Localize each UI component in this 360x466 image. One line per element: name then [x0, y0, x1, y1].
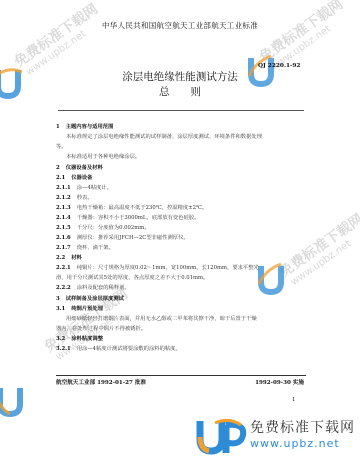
clause: 3.2.1用涂—4粘度计测试将要涂敷的涂料的粘度。: [56, 344, 306, 354]
document-page: 免费标准下载网 www.upbz.net 免费标准下载网 www.upbz.ne…: [0, 0, 360, 466]
subsection-heading: 2.1仪器设备: [56, 173, 306, 183]
standard-header: 中华人民共和国航空航天工业部航天工业标准: [0, 20, 360, 31]
clause: 2.1.4干燥器：容积不小于3000mL，底部放有变色硅胶。: [56, 213, 306, 223]
subsection-heading: 3.2涂料粘度调整: [56, 334, 306, 344]
section-heading: 2仪器设备及材料: [56, 163, 306, 173]
clause: 2.1.1涂—4粘度计。: [56, 183, 306, 193]
paragraph: 本标准适用于各种电绝缘涂层。: [56, 152, 306, 162]
section-heading: 3试样制备及涂层厚度测试: [56, 294, 306, 304]
subsection-heading: 2.2材料: [56, 253, 306, 263]
footer-divider: [56, 375, 306, 376]
effective-date: 1992-09-30 实施: [255, 378, 304, 386]
site-brand: 免费标准下载网 www.upbz.net: [195, 415, 360, 460]
clause: 2.1.6测厚仪：推荐采用JFCH—2C型非磁性测厚仪。: [56, 233, 306, 243]
section-heading: 1主题内容与适用范围: [56, 122, 306, 132]
clause: 2.1.7烧杯、滴干架。: [56, 243, 306, 253]
up-logo-icon: [0, 380, 34, 420]
document-body: 1主题内容与适用范围 本标准规定了涂层电绝缘性能测试的试样制备、涂层厚度测试、环…: [56, 121, 306, 354]
paragraph: 等。: [56, 142, 306, 152]
approval-info: 航空航天工业部 1992-01-27 批准: [56, 378, 146, 386]
document-subtitle: 总 则: [0, 84, 360, 99]
clause: 2.1.5千分尺：分度值为0.002mm。: [56, 223, 306, 233]
clause: 2.1.3电热干燥箱：最高温度不低于230℃，控温精度±2℃。: [56, 203, 306, 213]
page-number: 1: [292, 397, 296, 403]
clause: 2.2.2涂料及配套的稀释剂。: [56, 283, 306, 293]
paragraph: 器内，在处理过程中铜片不得被锈折。: [56, 324, 306, 334]
header-divider: [58, 110, 304, 111]
subsection-heading: 3.1纯铜片预处理: [56, 304, 306, 314]
paragraph: 用细砂纸轻轻打磨铜片表面，并用无水乙醇或二甲苯将其擦干净，晾干后置于干燥: [56, 314, 306, 324]
clause-continuation: 滑，用千分尺测试其5处的厚度，各点厚度之差不大于0.01mm。: [56, 273, 306, 283]
document-title: 涂层电绝缘性能测试方法: [0, 69, 360, 84]
site-name: 免费标准下载网: [250, 417, 355, 437]
up-logo-icon: [195, 415, 247, 457]
paragraph: 本标准规定了涂层电绝缘性能测试的试样制备、涂层厚度测试、环境条件和数据处理: [56, 132, 306, 142]
clause: 2.1.2秒表。: [56, 193, 306, 203]
clause: 2.2.1纯铜片：尺寸规格为厚度0.02～1mm，宽100mm，长120mm，要…: [56, 263, 306, 273]
site-url: www.upbz.net: [250, 437, 340, 450]
